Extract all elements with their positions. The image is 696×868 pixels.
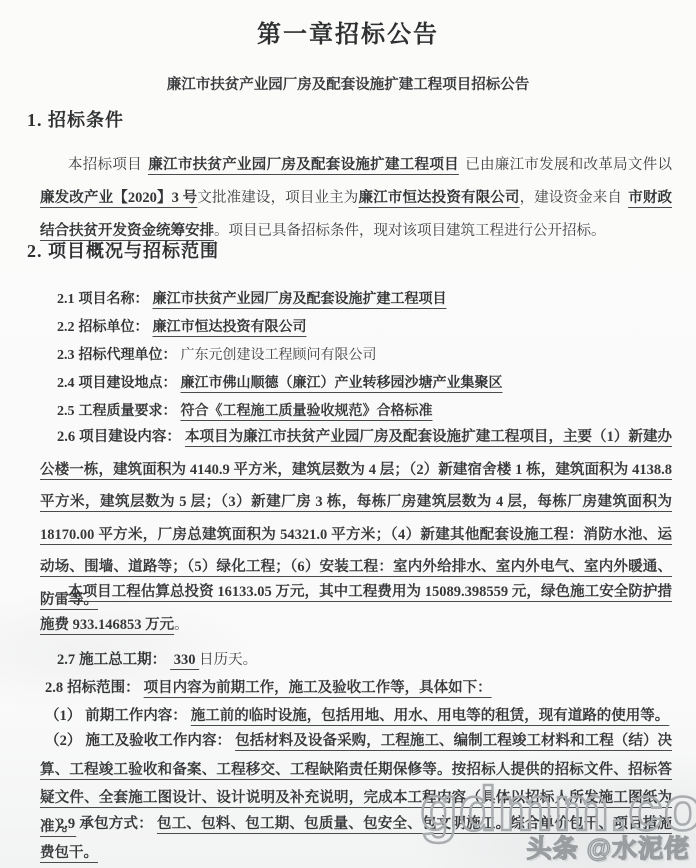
item-2-3-value: 广东元创建设工程顾问有限公司 — [181, 348, 377, 363]
para1-lead: 本招标项目 — [68, 157, 142, 173]
sub-2-label: 施工及验收工作内容： — [85, 733, 231, 749]
item-2-7-suffix: 日历天。 — [199, 652, 257, 668]
contracting-method-paragraph: 2.9承包方式：包工、包料、包工期、包质量、包安全、包文明施工。综合单价包干、项… — [40, 810, 672, 867]
investment-tail: 。 — [174, 617, 189, 633]
investment-text: 本项目工程估算总投资 16133.05 万元，其中工程费用为 15089.398… — [40, 584, 672, 633]
item-2-5-value: 符合《工程施工质量验收规范》合格标准 — [181, 404, 433, 419]
item-2-6-label: 项目建设内容： — [79, 429, 181, 445]
item-location: 2.4项目建设地点：廉江市佛山顺德（廉江）产业转移园沙塘产业集聚区 — [57, 372, 672, 392]
item-2-8-label: 招标范围： — [67, 680, 140, 696]
item-2-8-value: 项目内容为前期工作，施工及验收工作等，具体如下： — [144, 680, 492, 696]
item-2-5-no: 2.5 — [57, 404, 75, 419]
document-page: 第一章招标公告 廉江市扶贫产业园厂房及配套设施扩建工程项目招标公告 1. 招标条… — [0, 0, 696, 868]
item-2-3-no: 2.3 — [57, 348, 75, 363]
para1-tail: 。项目已具备招标条件，现对该项目建筑工程进行公开招标。 — [214, 223, 606, 239]
item-2-2-no: 2.2 — [57, 320, 75, 335]
investment-paragraph: 本项目工程估算总投资 16133.05 万元，其中工程费用为 15089.398… — [40, 576, 672, 642]
sub-1-no: （1） — [45, 708, 81, 724]
item-quality-requirement: 2.5工程质量要求：符合《工程施工质量验收规范》合格标准 — [57, 400, 672, 420]
item-2-4-no: 2.4 — [57, 376, 75, 391]
item-2-4-label: 项目建设地点： — [79, 376, 177, 391]
para1-approval-no: 廉发改产业【2020】3 号 — [40, 190, 197, 206]
item-2-1-no: 2.1 — [57, 292, 75, 307]
item-duration: 2.7施工总工期： 330 日历天。 — [57, 648, 672, 669]
item-2-2-label: 招标单位： — [79, 320, 149, 335]
para1-mid2: 文批准建设，项目业主为 — [197, 190, 358, 206]
item-2-7-value: 330 — [170, 652, 199, 668]
item-2-2-value: 廉江市恒达投资有限公司 — [153, 320, 307, 335]
item-agency: 2.3招标代理单位：广东元创建设工程顾问有限公司 — [57, 344, 672, 364]
item-2-4-value: 廉江市佛山顺德（廉江）产业转移园沙塘产业集聚区 — [181, 376, 503, 391]
item-2-3-label: 招标代理单位： — [79, 348, 177, 363]
chapter-title: 第一章招标公告 — [0, 14, 696, 49]
section-2-heading: 2. 项目概况与招标范围 — [27, 237, 219, 263]
item-2-5-label: 工程质量要求： — [79, 404, 177, 419]
item-tender-scope: 2.8招标范围：项目内容为前期工作，施工及验收工作等，具体如下： — [45, 676, 660, 697]
item-2-9-label: 承包方式： — [79, 816, 153, 832]
item-tender-unit: 2.2招标单位：廉江市恒达投资有限公司 — [57, 316, 672, 336]
item-2-7-no: 2.7 — [57, 652, 75, 668]
sub-1-label: 前期工作内容： — [85, 708, 187, 724]
doc-subtitle: 廉江市扶贫产业园厂房及配套设施扩建工程项目招标公告 — [0, 73, 696, 94]
para1-owner: 廉江市恒达投资有限公司 — [358, 190, 519, 206]
sub-2-no: （2） — [45, 733, 81, 749]
item-project-name: 2.1项目名称：廉江市扶贫产业园厂房及配套设施扩建工程项目 — [57, 288, 672, 308]
item-2-1-value: 廉江市扶贫产业园厂房及配套设施扩建工程项目 — [153, 292, 447, 307]
item-2-7-label: 施工总工期： — [79, 652, 166, 668]
item-preliminary-work: （1）前期工作内容：施工前的临时设施，包括用地、用水、用电等的租赁，现有道路的使… — [45, 704, 672, 725]
sub-1-value: 施工前的临时设施，包括用地、用水、用电等的租赁，现有道路的使用等。 — [191, 708, 670, 724]
para1-mid1: 已由廉江市发展和改革局文件以 — [465, 157, 672, 173]
item-2-8-no: 2.8 — [45, 680, 63, 696]
item-2-1-label: 项目名称： — [79, 292, 149, 307]
tender-conditions-paragraph: 本招标项目廉江市扶贫产业园厂房及配套设施扩建工程项目已由廉江市发展和改革局文件以… — [40, 149, 672, 248]
para1-project-name: 廉江市扶贫产业园厂房及配套设施扩建工程项目 — [148, 157, 459, 173]
item-2-9-no: 2.9 — [57, 816, 75, 832]
section-1-heading: 1. 招标条件 — [27, 106, 124, 132]
item-2-6-no: 2.6 — [57, 429, 75, 445]
para1-mid3: ，建设资金来自 — [520, 190, 623, 206]
